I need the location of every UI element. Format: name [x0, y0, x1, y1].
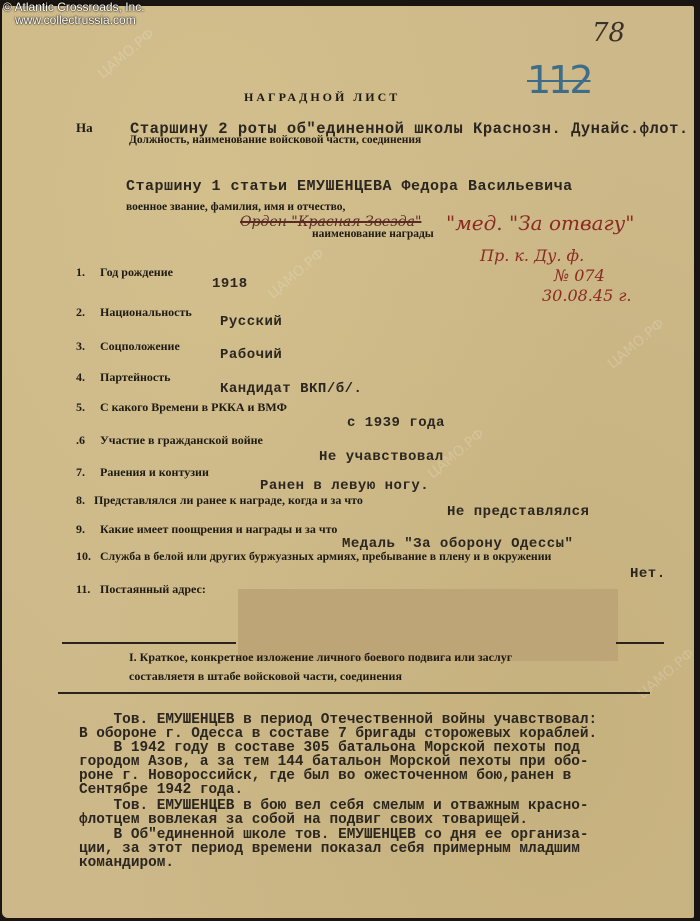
narrative-line: В 1942 году в составе 305 батальона Морс… [79, 741, 580, 755]
field-value-white-army: Нет. [630, 566, 666, 582]
field-label-social-status: Соцположение [100, 339, 180, 354]
to-label: На [76, 120, 93, 136]
narrative-line: Тов. ЕМУШЕНЦЕВ в период Отечественной во… [79, 713, 597, 727]
narrative-line: В обороне г. Одесса в составе 7 бригады … [79, 727, 597, 741]
field-label-service-since: С какого Времени в РККА и ВМФ [100, 400, 287, 415]
archive-watermark: ЦАМО.РФ [265, 246, 328, 302]
field-label-wounds: Ранения и контузии [100, 465, 209, 480]
field-number: 7. [76, 465, 85, 480]
award-sheet-page: ЦАМО.РФ ЦАМО.РФ ЦАМО.РФ ЦАМО.РФ ЦАМО.РФ … [2, 6, 694, 918]
narrative-line: Сентябре 1942 года. [79, 783, 243, 797]
field-label-awards: Какие имеет поощрения и награды и за что [100, 522, 337, 537]
order-note-line: Пр. к. Ду. ф. [480, 246, 584, 265]
field-label-previous-nomination: Представлялся ли ранее к награде, когда … [94, 493, 363, 508]
archive-number-crossed: 112 [527, 58, 591, 102]
divider [616, 642, 664, 644]
award-caption: наименование награды [312, 228, 434, 240]
field-value-social-status: Рабочий [220, 347, 282, 363]
section-one-heading: I. Краткое, конкретное изложение личного… [129, 650, 512, 665]
field-value-party: Кандидат ВКП/б/. [220, 381, 362, 397]
archive-number: 78 [592, 18, 625, 48]
document-title: НАГРАДНОЙ ЛИСТ [244, 90, 400, 105]
field-label-white-army: Служба в белой или других буржуазных арм… [100, 549, 551, 564]
field-number: 5. [76, 400, 85, 415]
narrative-line: В Об"единенной школе тов. ЕМУШЕНЦЕВ со д… [79, 828, 589, 842]
copyright-watermark: © Atlantic Crossroads, Inc. www.collectr… [3, 1, 145, 27]
award-handwritten: "мед. "За отвагу" [446, 211, 634, 235]
field-value-civil-war: Не учавствовал [319, 449, 444, 465]
section-one-subheading: составляетя в штабе войсковой части, сое… [129, 669, 402, 684]
field-label-birth-year: Год рождение [100, 265, 173, 280]
field-number: 9. [76, 522, 85, 537]
field-value-wounds: Ранен в левую ногу. [260, 478, 429, 494]
recipient-name: Старшину 1 статьи ЕМУШЕНЦЕВА Федора Васи… [126, 178, 573, 195]
narrative-line: командиром. [79, 856, 174, 870]
copyright-url: www.collectrussia.com [3, 14, 145, 27]
narrative-line: роне г. Новороссийск, где был во ожесточ… [79, 769, 571, 783]
field-number: 3. [76, 339, 85, 354]
field-number: 10. [76, 549, 91, 564]
field-value-previous-nomination: Не представлялся [447, 504, 589, 520]
field-number: .6 [76, 433, 85, 448]
field-value-birth-year: 1918 [212, 276, 248, 292]
field-number: 2. [76, 305, 85, 320]
field-label-civil-war: Участие в гражданской войне [100, 433, 263, 448]
order-note-line: № 074 [554, 266, 605, 285]
name-caption: военное звание, фамилия, имя и отчество, [126, 201, 345, 213]
narrative-line: ции, за этот период времени показал себя… [79, 842, 580, 856]
narrative-line: Тов. ЕМУШЕНЦЕВ в бою вел себя смелым и о… [79, 799, 589, 813]
archive-watermark: ЦАМО.РФ [605, 316, 668, 372]
position-caption: Должность, наименование войсковой части,… [129, 134, 421, 146]
field-number: 8. [76, 493, 85, 508]
field-number: 1. [76, 265, 85, 280]
order-note-line: 30.08.45 г. [542, 286, 632, 305]
field-number: 4. [76, 370, 85, 385]
narrative-line: флотцем вовлекая за собой на подвиг свои… [79, 813, 528, 827]
divider [62, 642, 236, 644]
archive-watermark: ЦАМО.РФ [95, 26, 158, 82]
field-label-nationality: Национальность [100, 305, 192, 320]
narrative-line: городом Азов, а за тем 144 батальон Морс… [79, 755, 589, 769]
divider [58, 692, 650, 694]
field-number: 11. [76, 582, 90, 597]
field-label-party: Партейность [100, 370, 170, 385]
field-value-nationality: Русский [220, 314, 282, 330]
field-value-service-since: с 1939 года [347, 415, 445, 431]
field-label-address: Постаянный адрес: [100, 582, 206, 597]
